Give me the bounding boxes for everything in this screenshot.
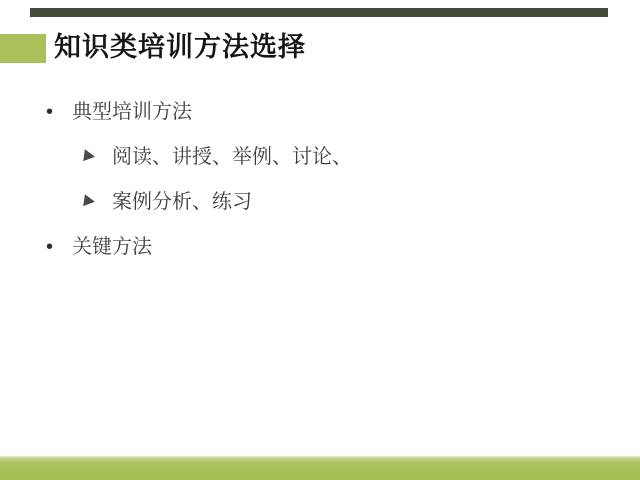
arrow-bullet-icon xyxy=(83,149,96,162)
list-item: •关键方法 xyxy=(46,235,152,259)
top-rule-bar xyxy=(30,8,608,17)
round-bullet-icon: • xyxy=(46,235,72,259)
bullet-text: 关键方法 xyxy=(72,236,152,258)
list-item: •典型培训方法 xyxy=(46,100,192,124)
bullet-text: 阅读、讲授、举例、讨论、 xyxy=(112,146,352,168)
bottom-accent-bar xyxy=(0,456,640,480)
list-item: 案例分析、练习 xyxy=(84,190,252,214)
slide-title: 知识类培训方法选择 xyxy=(54,31,306,63)
title-accent-square xyxy=(0,34,46,63)
list-item: 阅读、讲授、举例、讨论、 xyxy=(84,145,352,169)
arrow-bullet-icon xyxy=(83,194,96,207)
bullet-text: 典型培训方法 xyxy=(72,101,192,123)
round-bullet-icon: • xyxy=(46,100,72,124)
bullet-text: 案例分析、练习 xyxy=(112,191,252,213)
slide-canvas: 知识类培训方法选择 •典型培训方法 阅读、讲授、举例、讨论、 案例分析、练习 •… xyxy=(0,0,640,480)
